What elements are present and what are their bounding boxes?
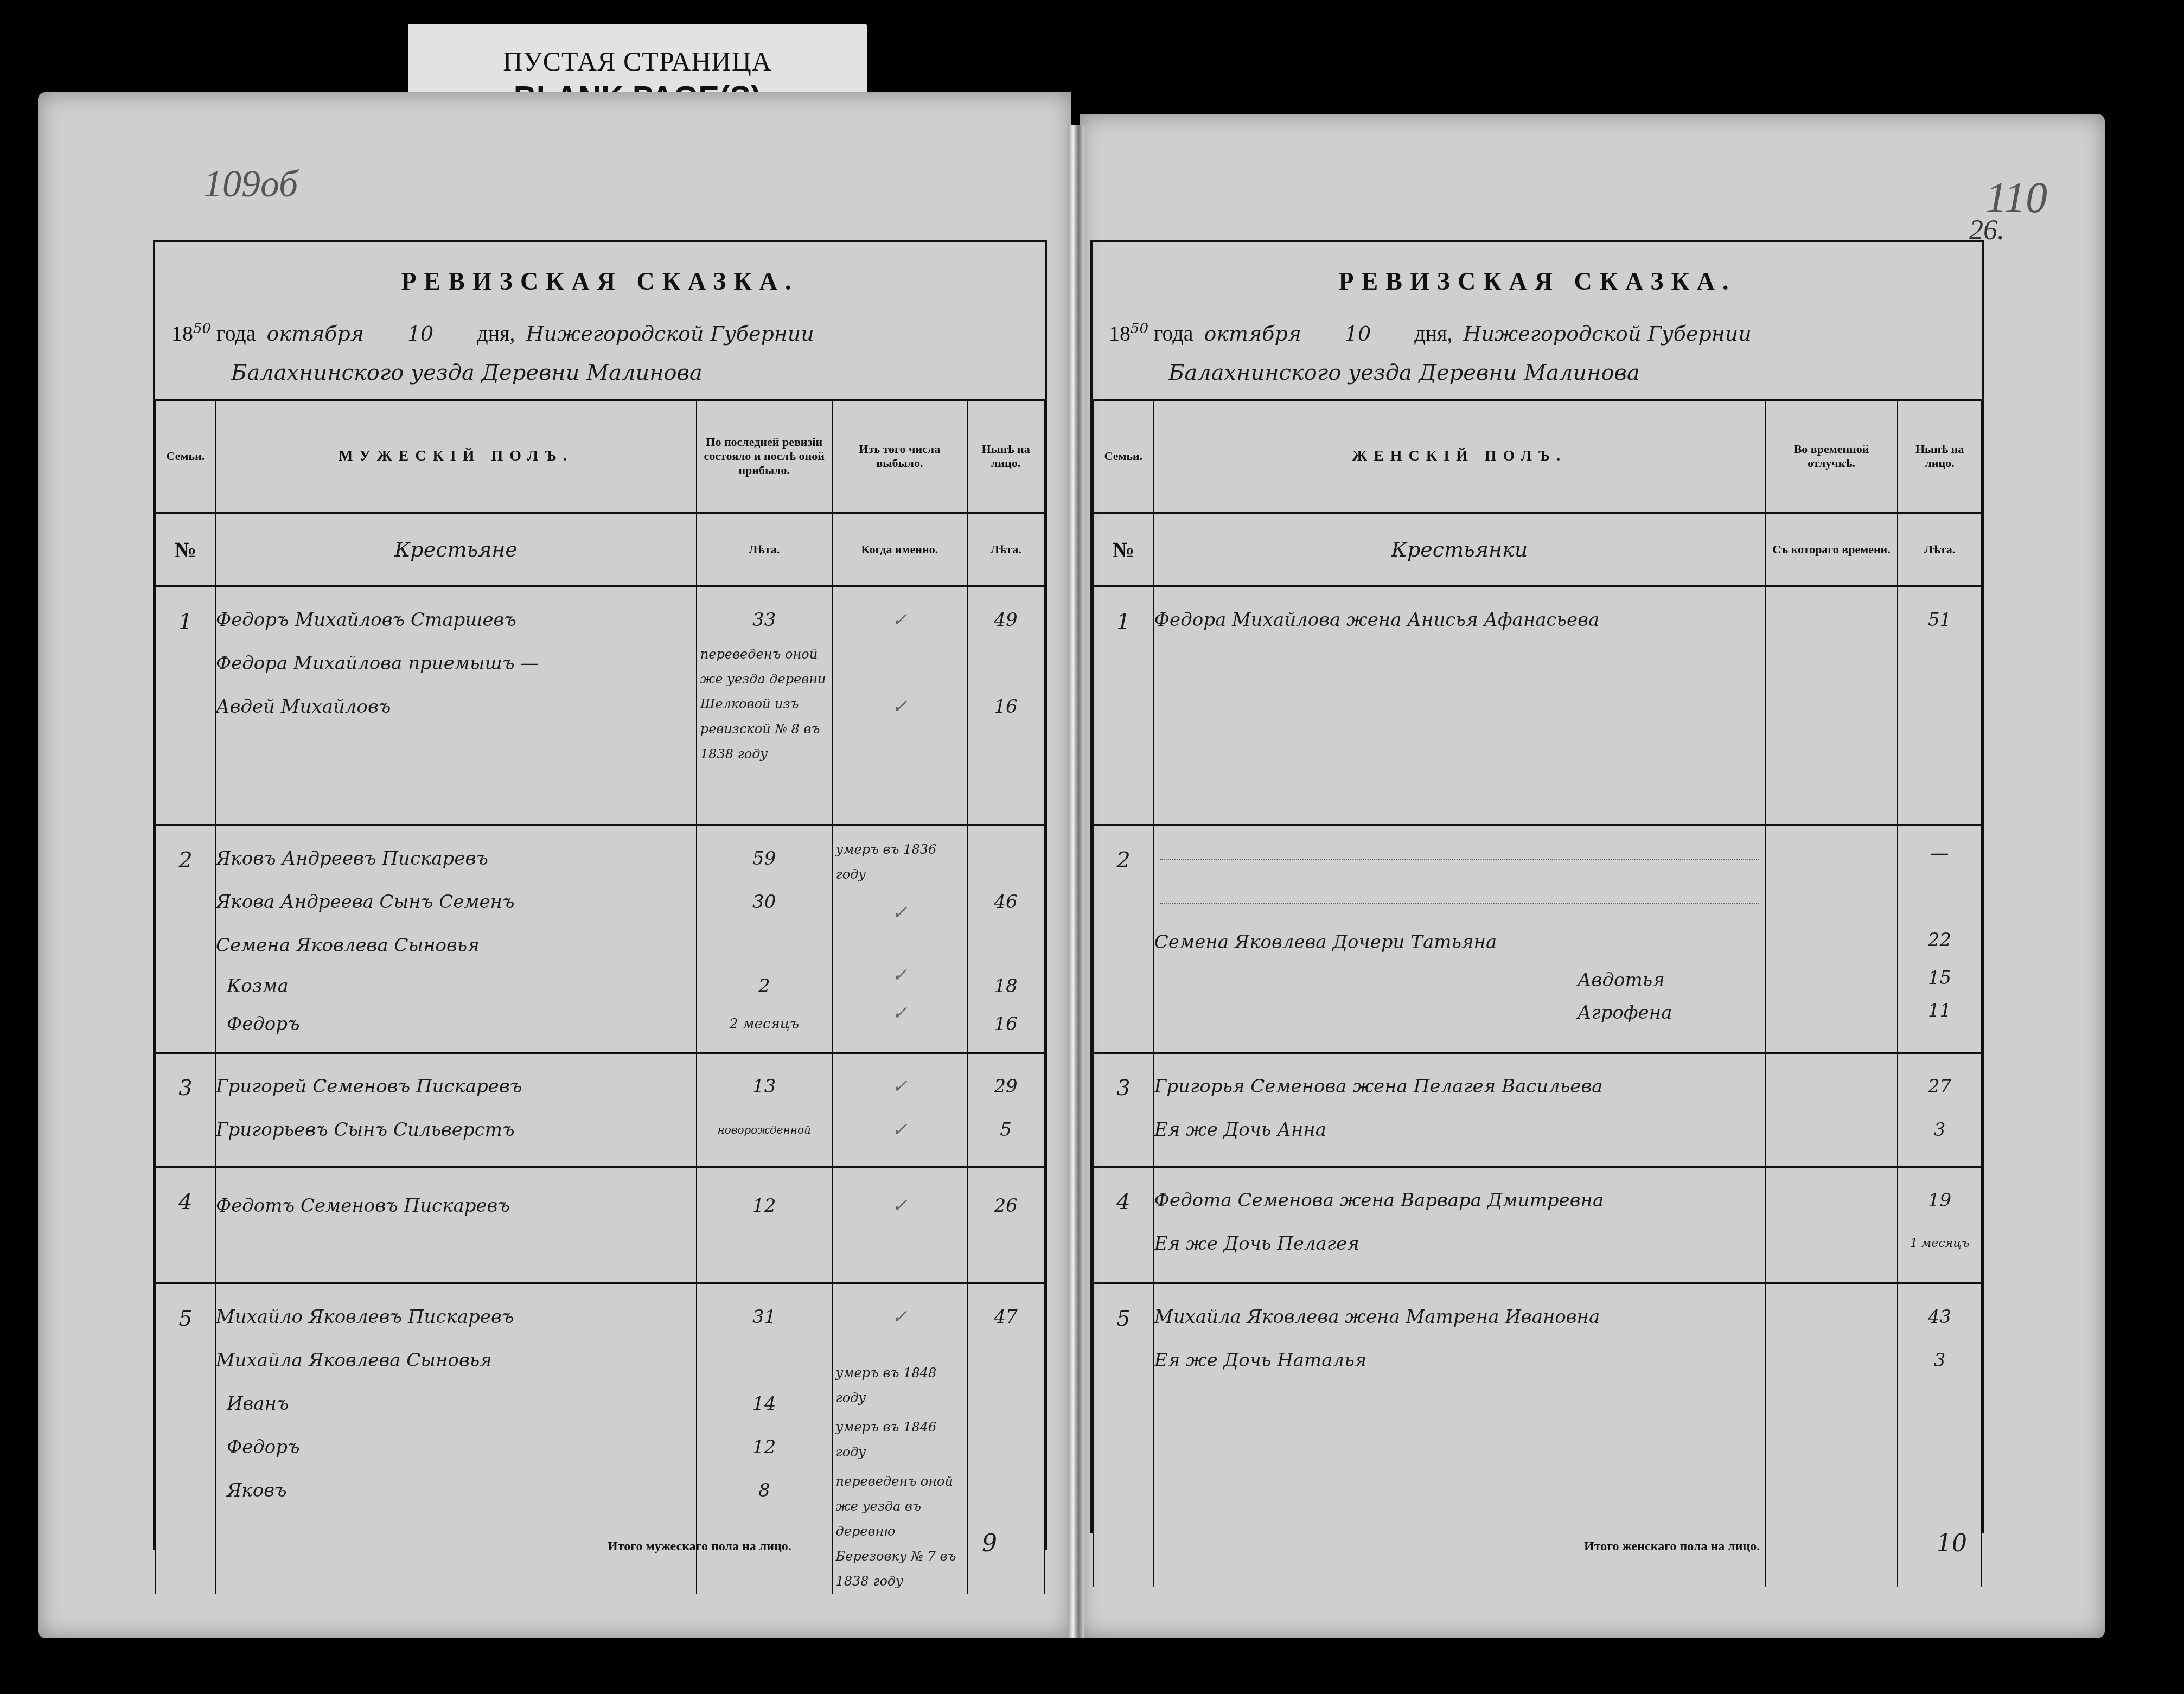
- absence-cell: [1765, 1053, 1898, 1167]
- check-mark: ✓: [833, 598, 967, 642]
- province: Нижегородской Губернии: [1463, 322, 1751, 346]
- person-name: Козма: [216, 967, 696, 1005]
- left-page-number: 109об: [203, 163, 298, 206]
- prev-cell: 59 30 2 2 месяцъ: [697, 825, 832, 1053]
- prev-value: новорожденной: [697, 1108, 832, 1152]
- prev-value: 30: [697, 880, 832, 924]
- family-number: 1: [156, 586, 215, 825]
- present-cell: — 22 15 11: [1898, 825, 1982, 1053]
- check-mark: ✓: [833, 1108, 967, 1152]
- names-cell: Федора Михайлова жена Анисья Афанасьева: [1154, 586, 1765, 825]
- person-name: Агрофена: [1154, 996, 1765, 1029]
- departed-cell: ✓: [832, 1167, 968, 1283]
- person-name: Якова Андреева Сынъ Семенъ: [216, 880, 696, 924]
- year-prefix: 18: [171, 321, 193, 346]
- family-row-5: 5 Михайла Яковлева жена Матрена Ивановна…: [1093, 1283, 1982, 1587]
- prev-value: 31: [697, 1295, 832, 1339]
- stamp-russian: ПУСТАЯ СТРАНИЦА: [408, 46, 867, 77]
- prev-value: 2 месяцъ: [697, 1005, 832, 1043]
- death-note: умеръ въ 1848 году: [833, 1360, 967, 1415]
- person-name: Ея же Дочь Наталья: [1154, 1339, 1765, 1382]
- sub-no: №: [1093, 513, 1154, 586]
- present-age: 29: [968, 1065, 1044, 1108]
- col-departed: Изъ того числа выбыло.: [832, 400, 968, 513]
- year-prefix: 18: [1109, 321, 1131, 346]
- names-cell: Григорья Семенова жена Пелагея Васильева…: [1154, 1053, 1765, 1167]
- col-gender: МУЖЕСКІЙ ПОЛЪ.: [215, 400, 697, 513]
- present-age: 51: [1898, 598, 1981, 642]
- check-mark: ✓: [833, 1184, 967, 1228]
- departed-cell: ✓ ✓: [832, 1053, 968, 1167]
- present-cell: 51: [1898, 586, 1982, 825]
- year-label: года: [216, 321, 256, 346]
- sub-no: №: [156, 513, 215, 586]
- check-mark: ✓: [833, 1065, 967, 1108]
- sub-estate: Крестьянки: [1154, 513, 1765, 586]
- date-line: 1850 года октября 10 дня, Нижегородской …: [171, 321, 1045, 346]
- person-name: Михайло Яковлевъ Пискаревъ: [216, 1295, 696, 1339]
- check-mark: ✓: [833, 956, 967, 994]
- family-number: 4: [1093, 1167, 1154, 1283]
- present-cell: 49 16: [967, 586, 1044, 825]
- spacer: [833, 642, 967, 685]
- person-name: Авдотья: [1154, 964, 1765, 996]
- prev-value: 2: [697, 967, 832, 1005]
- family-number: 5: [156, 1283, 215, 1594]
- present-age: 27: [1898, 1065, 1981, 1108]
- present-age: 3: [1898, 1108, 1981, 1152]
- death-note: умеръ въ 1846 году: [833, 1415, 967, 1469]
- present-age: 43: [1898, 1295, 1981, 1339]
- present-age: 26: [968, 1184, 1044, 1228]
- prev-value: 59: [697, 837, 832, 880]
- prev-cell: 13 новорожденной: [697, 1053, 832, 1167]
- spacer: [833, 1339, 967, 1360]
- day-label: дня,: [477, 321, 515, 346]
- transfer-note: переведенъ оной же уезда въ деревню Бере…: [833, 1469, 967, 1594]
- male-total-label: Итого мужескаго пола на лицо.: [608, 1539, 791, 1554]
- col-present: Нынѣ на лицо.: [1898, 400, 1982, 513]
- person-name: Авдей Михайловъ: [216, 685, 696, 728]
- spacer: [968, 924, 1044, 967]
- person-name: Семена Яковлева Сыновья: [216, 924, 696, 967]
- sub-years: Лѣта.: [697, 513, 832, 586]
- present-age: —: [1898, 837, 1981, 880]
- person-name: Яковъ Андреевъ Пискаревъ: [216, 837, 696, 880]
- male-total-value: 9: [982, 1530, 997, 1557]
- col-gender: ЖЕНСКІЙ ПОЛЪ.: [1154, 400, 1765, 513]
- present-age: 49: [968, 598, 1044, 642]
- person-name: Федоръ: [216, 1005, 696, 1043]
- person-name: Яковъ: [216, 1469, 696, 1512]
- present-age: 16: [968, 1005, 1044, 1043]
- prev-value: 14: [697, 1382, 832, 1425]
- present-age: 1 месяцъ: [1898, 1222, 1981, 1265]
- departed-cell: ✓ умеръ въ 1848 году умеръ въ 1846 году …: [832, 1283, 968, 1594]
- check-mark: ✓: [833, 1295, 967, 1339]
- person-name: Иванъ: [216, 1382, 696, 1425]
- col-absence: Во временной отлучкѣ.: [1765, 400, 1898, 513]
- family-row-2: 2 Семена Яковлева Дочери Татьяна Авдотья…: [1093, 825, 1982, 1053]
- person-name: Григорьевъ Сынъ Сильверстъ: [216, 1108, 696, 1152]
- month: октября: [266, 322, 363, 346]
- person-name: Григорей Семеновъ Пискаревъ: [216, 1065, 696, 1108]
- absence-cell: [1765, 586, 1898, 825]
- family-number: 4: [156, 1167, 215, 1283]
- family-number: 3: [156, 1053, 215, 1167]
- family-row-3: 3 Григорей Семеновъ Пискаревъ Григорьевъ…: [156, 1053, 1044, 1167]
- transfer-note: переведенъ оной же уезда деревни Шелково…: [697, 642, 832, 766]
- male-revision-form: РЕВИЗСКАЯ СКАЗКА. 1850 года октября 10 д…: [153, 240, 1047, 1550]
- family-number: 2: [1093, 825, 1154, 1053]
- female-table: Семьи. ЖЕНСКІЙ ПОЛЪ. Во временной отлучк…: [1093, 399, 1982, 1587]
- absence-cell: [1765, 825, 1898, 1053]
- person-name: Ея же Дочь Анна: [1154, 1108, 1765, 1152]
- female-total-value: 10: [1937, 1530, 1967, 1557]
- present-cell: 27 3: [1898, 1053, 1982, 1167]
- departed-cell: ✓ ✓: [832, 586, 968, 825]
- present-cell: 46 18 16: [967, 825, 1044, 1053]
- person-name: Федоръ Михайловъ Старшевъ: [216, 598, 696, 642]
- family-number: 5: [1093, 1283, 1154, 1587]
- col-family: Семьи.: [1093, 400, 1154, 513]
- departed-cell: умеръ въ 1836 году ✓ ✓ ✓: [832, 825, 968, 1053]
- names-cell: Григорей Семеновъ Пискаревъ Григорьевъ С…: [215, 1053, 697, 1167]
- present-age: 15: [1898, 962, 1981, 994]
- prev-value: 8: [697, 1469, 832, 1512]
- female-revision-form: РЕВИЗСКАЯ СКАЗКА. 1850 года октября 10 д…: [1090, 240, 1984, 1533]
- spacer: [697, 1339, 832, 1382]
- day-label: дня,: [1414, 321, 1452, 346]
- family-row-1: 1 Федоръ Михайловъ Старшевъ Федора Михай…: [156, 586, 1044, 825]
- spacer: [968, 837, 1044, 880]
- spacer: [968, 642, 1044, 685]
- family-row-3: 3 Григорья Семенова жена Пелагея Василье…: [1093, 1053, 1982, 1167]
- prev-value: 13: [697, 1065, 832, 1108]
- absence-cell: [1765, 1283, 1898, 1587]
- book-gutter: [1068, 125, 1084, 1638]
- present-age: 5: [968, 1108, 1044, 1152]
- family-number: 3: [1093, 1053, 1154, 1167]
- person-name: Федора Михайлова приемышъ —: [216, 642, 696, 685]
- sub-since: Съ котораго времени.: [1765, 513, 1898, 586]
- prev-value: 12: [697, 1425, 832, 1469]
- person-name: Ея же Дочь Пелагея: [1154, 1222, 1765, 1265]
- sub-years: Лѣта.: [1898, 513, 1982, 586]
- prev-cell: 12: [697, 1167, 832, 1283]
- day: 10: [407, 322, 433, 346]
- col-family: Семьи.: [156, 400, 215, 513]
- spacer: [697, 924, 832, 967]
- person-name: Федора Михайлова жена Анисья Афанасьева: [1154, 598, 1765, 642]
- check-mark: ✓: [833, 994, 967, 1032]
- names-cell: Семена Яковлева Дочери Татьяна Авдотья А…: [1154, 825, 1765, 1053]
- col-last-revision: По последней ревизіи состояло и послѣ он…: [697, 400, 832, 513]
- present-age: 16: [968, 685, 1044, 728]
- present-cell: 47: [967, 1283, 1044, 1594]
- prev-cell: 33 переведенъ оной же уезда деревни Шелк…: [697, 586, 832, 825]
- sub-estate: Крестьяне: [215, 513, 697, 586]
- person-name: Семена Яковлева Дочери Татьяна: [1154, 920, 1765, 964]
- person-name: Федоръ: [216, 1425, 696, 1469]
- check-mark: ✓: [833, 902, 967, 924]
- absence-cell: [1765, 1167, 1898, 1283]
- family-row-2: 2 Яковъ Андреевъ Пискаревъ Якова Андреев…: [156, 825, 1044, 1053]
- person-name: Михайла Яковлева Сыновья: [216, 1339, 696, 1382]
- person-name: Федота Семенова жена Варвара Дмитревна: [1154, 1179, 1765, 1222]
- check-mark: ✓: [833, 685, 967, 728]
- form-title: РЕВИЗСКАЯ СКАЗКА.: [1093, 267, 1982, 296]
- form-title: РЕВИЗСКАЯ СКАЗКА.: [155, 267, 1045, 296]
- names-cell: Яковъ Андреевъ Пискаревъ Якова Андреева …: [215, 825, 697, 1053]
- place-line: Балахнинского уезда Деревни Малинова: [1168, 360, 1982, 385]
- spacer: [833, 924, 967, 956]
- family-number: 2: [156, 825, 215, 1053]
- family-row-4: 4 Федота Семенова жена Варвара Дмитревна…: [1093, 1167, 1982, 1283]
- family-number: 1: [1093, 586, 1154, 825]
- death-note: умеръ въ 1836 году: [833, 837, 967, 902]
- family-row-5: 5 Михайло Яковлевъ Пискаревъ Михайла Яко…: [156, 1283, 1044, 1594]
- person-name: Григорья Семенова жена Пелагея Васильева: [1154, 1065, 1765, 1108]
- present-age: 3: [1898, 1339, 1981, 1382]
- year-handwritten: 50: [193, 321, 211, 337]
- person-name: Федотъ Семеновъ Пискаревъ: [216, 1184, 696, 1228]
- date-line: 1850 года октября 10 дня, Нижегородской …: [1109, 321, 1982, 346]
- sub-present-years: Лѣта.: [967, 513, 1044, 586]
- present-age: 19: [1898, 1179, 1981, 1222]
- day: 10: [1345, 322, 1371, 346]
- sub-when: Когда именно.: [832, 513, 968, 586]
- prev-value: 33: [697, 598, 832, 642]
- present-age: 11: [1898, 994, 1981, 1027]
- province: Нижегородской Губернии: [526, 322, 814, 346]
- present-age: 22: [1898, 918, 1981, 962]
- names-cell: Федота Семенова жена Варвара Дмитревна Е…: [1154, 1167, 1765, 1283]
- year-handwritten: 50: [1131, 321, 1148, 337]
- year-label: года: [1154, 321, 1193, 346]
- blank-dotted-line: [1160, 881, 1759, 904]
- female-total-label: Итого женскаго пола на лицо.: [1584, 1539, 1760, 1554]
- col-present: Нынѣ на лицо.: [967, 400, 1044, 513]
- male-table: Семьи. МУЖЕСКІЙ ПОЛЪ. По последней ревиз…: [155, 399, 1045, 1594]
- present-cell: 19 1 месяцъ: [1898, 1167, 1982, 1283]
- blank-dotted-line: [1160, 837, 1759, 860]
- present-cell: 26: [967, 1167, 1044, 1283]
- present-age: 46: [968, 880, 1044, 924]
- spacer: [1898, 880, 1981, 918]
- present-age: 47: [968, 1295, 1044, 1339]
- place-line: Балахнинского уезда Деревни Малинова: [231, 360, 1045, 385]
- person-name: Михайла Яковлева жена Матрена Ивановна: [1154, 1295, 1765, 1339]
- names-cell: Федотъ Семеновъ Пискаревъ: [215, 1167, 697, 1283]
- family-row-4: 4 Федотъ Семеновъ Пискаревъ 12 ✓ 26: [156, 1167, 1044, 1283]
- names-cell: Федоръ Михайловъ Старшевъ Федора Михайло…: [215, 586, 697, 825]
- family-row-1: 1 Федора Михайлова жена Анисья Афанасьев…: [1093, 586, 1982, 825]
- present-cell: 29 5: [967, 1053, 1044, 1167]
- prev-value: 12: [697, 1184, 832, 1228]
- present-age: 18: [968, 967, 1044, 1005]
- month: октября: [1204, 322, 1301, 346]
